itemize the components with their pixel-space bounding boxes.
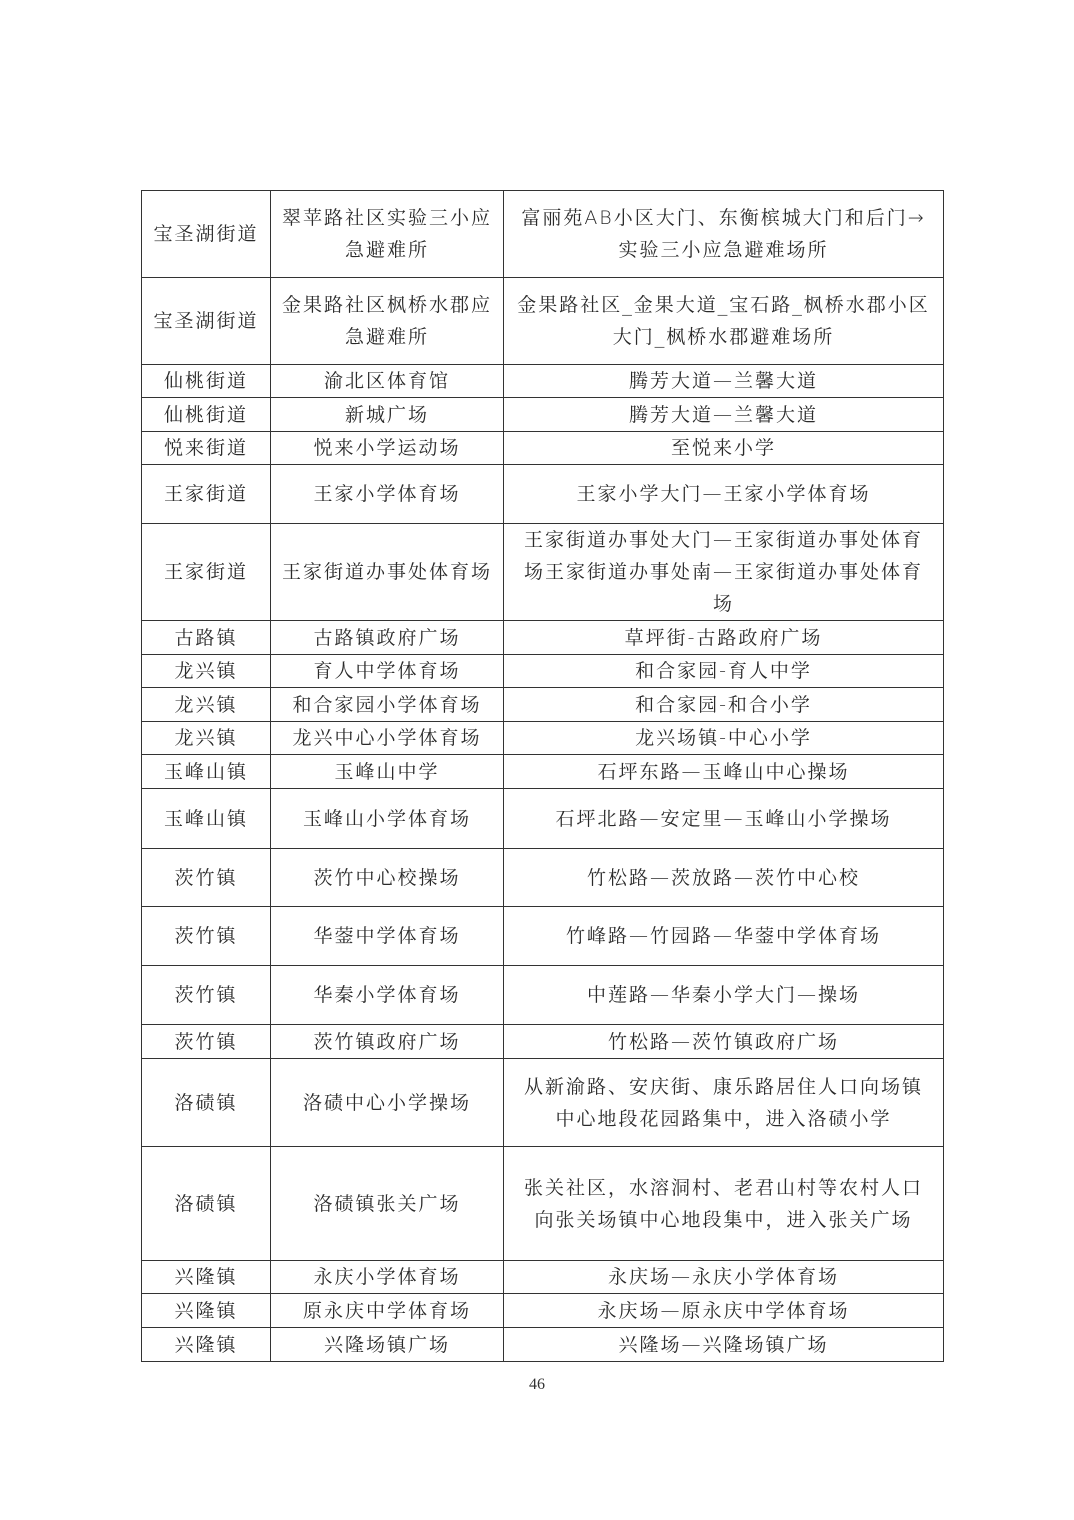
table-row: 王家街道王家街道办事处体育场王家街道办事处大门—王家街道办事处体育场王家街道办事…: [142, 524, 944, 621]
area-cell: 茨竹镇: [142, 1025, 271, 1059]
table-row: 龙兴镇龙兴中心小学体育场龙兴场镇-中心小学: [142, 722, 944, 755]
area-cell: 宝圣湖街道: [142, 191, 271, 278]
area-cell: 兴隆镇: [142, 1294, 271, 1328]
area-cell: 龙兴镇: [142, 722, 271, 755]
page-number: 46: [0, 1376, 1074, 1394]
route-cell: 竹松路—茨放路—茨竹中心校: [504, 849, 944, 907]
area-cell: 仙桃街道: [142, 365, 271, 398]
route-cell: 竹峰路—竹园路—华蓥中学体育场: [504, 907, 944, 966]
table-row: 兴隆镇兴隆场镇广场兴隆场—兴隆场镇广场: [142, 1328, 944, 1362]
evacuation-sites-table: 宝圣湖街道翠苹路社区实验三小应急避难所富丽苑AB小区大门、东衡槟城大门和后门→实…: [141, 190, 944, 1362]
area-cell: 茨竹镇: [142, 849, 271, 907]
table-row: 王家街道王家小学体育场王家小学大门—王家小学体育场: [142, 465, 944, 524]
area-cell: 洛碛镇: [142, 1059, 271, 1147]
site-cell: 华秦小学体育场: [271, 966, 504, 1025]
table-row: 龙兴镇和合家园小学体育场和合家园-和合小学: [142, 688, 944, 722]
site-cell: 新城广场: [271, 398, 504, 432]
site-cell: 兴隆场镇广场: [271, 1328, 504, 1362]
area-cell: 龙兴镇: [142, 655, 271, 688]
table-row: 古路镇古路镇政府广场草坪街-古路政府广场: [142, 621, 944, 655]
site-cell: 华蓥中学体育场: [271, 907, 504, 966]
route-cell: 兴隆场—兴隆场镇广场: [504, 1328, 944, 1362]
site-cell: 永庆小学体育场: [271, 1261, 504, 1294]
table-row: 茨竹镇华秦小学体育场中莲路—华秦小学大门—操场: [142, 966, 944, 1025]
site-cell: 翠苹路社区实验三小应急避难所: [271, 191, 504, 278]
site-cell: 龙兴中心小学体育场: [271, 722, 504, 755]
area-cell: 茨竹镇: [142, 907, 271, 966]
route-cell: 金果路社区_金果大道_宝石路_枫桥水郡小区大门_枫桥水郡避难场所: [504, 278, 944, 365]
route-cell: 永庆场—原永庆中学体育场: [504, 1294, 944, 1328]
route-cell: 和合家园-育人中学: [504, 655, 944, 688]
route-cell: 龙兴场镇-中心小学: [504, 722, 944, 755]
area-cell: 茨竹镇: [142, 966, 271, 1025]
area-cell: 兴隆镇: [142, 1328, 271, 1362]
table-row: 龙兴镇育人中学体育场和合家园-育人中学: [142, 655, 944, 688]
route-cell: 永庆场—永庆小学体育场: [504, 1261, 944, 1294]
route-cell: 石坪北路—安定里—玉峰山小学操场: [504, 789, 944, 849]
table-body: 宝圣湖街道翠苹路社区实验三小应急避难所富丽苑AB小区大门、东衡槟城大门和后门→实…: [142, 191, 944, 1362]
site-cell: 金果路社区枫桥水郡应急避难所: [271, 278, 504, 365]
table-row: 茨竹镇茨竹中心校操场竹松路—茨放路—茨竹中心校: [142, 849, 944, 907]
route-cell: 草坪街-古路政府广场: [504, 621, 944, 655]
route-cell: 王家街道办事处大门—王家街道办事处体育场王家街道办事处南—王家街道办事处体育场: [504, 524, 944, 621]
area-cell: 玉峰山镇: [142, 755, 271, 789]
site-cell: 和合家园小学体育场: [271, 688, 504, 722]
site-cell: 悦来小学运动场: [271, 432, 504, 465]
site-cell: 王家小学体育场: [271, 465, 504, 524]
table-row: 洛碛镇洛碛镇张关广场张关社区，水溶洞村、老君山村等农村人口向张关场镇中心地段集中…: [142, 1147, 944, 1261]
area-cell: 洛碛镇: [142, 1147, 271, 1261]
table-row: 宝圣湖街道翠苹路社区实验三小应急避难所富丽苑AB小区大门、东衡槟城大门和后门→实…: [142, 191, 944, 278]
area-cell: 古路镇: [142, 621, 271, 655]
site-cell: 玉峰山中学: [271, 755, 504, 789]
area-cell: 龙兴镇: [142, 688, 271, 722]
site-cell: 茨竹镇政府广场: [271, 1025, 504, 1059]
site-cell: 渝北区体育馆: [271, 365, 504, 398]
area-cell: 悦来街道: [142, 432, 271, 465]
table-row: 茨竹镇华蓥中学体育场竹峰路—竹园路—华蓥中学体育场: [142, 907, 944, 966]
route-cell: 石坪东路—玉峰山中心操场: [504, 755, 944, 789]
route-cell: 至悦来小学: [504, 432, 944, 465]
table-row: 茨竹镇茨竹镇政府广场竹松路—茨竹镇政府广场: [142, 1025, 944, 1059]
area-cell: 王家街道: [142, 465, 271, 524]
site-cell: 育人中学体育场: [271, 655, 504, 688]
area-cell: 玉峰山镇: [142, 789, 271, 849]
site-cell: 茨竹中心校操场: [271, 849, 504, 907]
site-cell: 玉峰山小学体育场: [271, 789, 504, 849]
table-row: 玉峰山镇玉峰山小学体育场石坪北路—安定里—玉峰山小学操场: [142, 789, 944, 849]
route-cell: 腾芳大道—兰馨大道: [504, 365, 944, 398]
route-cell: 张关社区，水溶洞村、老君山村等农村人口向张关场镇中心地段集中，进入张关广场: [504, 1147, 944, 1261]
site-cell: 王家街道办事处体育场: [271, 524, 504, 621]
route-cell: 从新渝路、安庆街、康乐路居住人口向场镇中心地段花园路集中，进入洛碛小学: [504, 1059, 944, 1147]
site-cell: 洛碛镇张关广场: [271, 1147, 504, 1261]
table-row: 玉峰山镇玉峰山中学石坪东路—玉峰山中心操场: [142, 755, 944, 789]
table-row: 兴隆镇永庆小学体育场永庆场—永庆小学体育场: [142, 1261, 944, 1294]
table-row: 洛碛镇洛碛中心小学操场从新渝路、安庆街、康乐路居住人口向场镇中心地段花园路集中，…: [142, 1059, 944, 1147]
table-row: 兴隆镇原永庆中学体育场永庆场—原永庆中学体育场: [142, 1294, 944, 1328]
site-cell: 原永庆中学体育场: [271, 1294, 504, 1328]
table-row: 仙桃街道渝北区体育馆腾芳大道—兰馨大道: [142, 365, 944, 398]
route-cell: 王家小学大门—王家小学体育场: [504, 465, 944, 524]
route-cell: 中莲路—华秦小学大门—操场: [504, 966, 944, 1025]
table-row: 宝圣湖街道金果路社区枫桥水郡应急避难所金果路社区_金果大道_宝石路_枫桥水郡小区…: [142, 278, 944, 365]
route-cell: 和合家园-和合小学: [504, 688, 944, 722]
site-cell: 古路镇政府广场: [271, 621, 504, 655]
table-row: 仙桃街道新城广场腾芳大道—兰馨大道: [142, 398, 944, 432]
route-cell: 腾芳大道—兰馨大道: [504, 398, 944, 432]
table-row: 悦来街道悦来小学运动场至悦来小学: [142, 432, 944, 465]
area-cell: 仙桃街道: [142, 398, 271, 432]
area-cell: 兴隆镇: [142, 1261, 271, 1294]
area-cell: 宝圣湖街道: [142, 278, 271, 365]
route-cell: 竹松路—茨竹镇政府广场: [504, 1025, 944, 1059]
route-cell: 富丽苑AB小区大门、东衡槟城大门和后门→实验三小应急避难场所: [504, 191, 944, 278]
area-cell: 王家街道: [142, 524, 271, 621]
site-cell: 洛碛中心小学操场: [271, 1059, 504, 1147]
